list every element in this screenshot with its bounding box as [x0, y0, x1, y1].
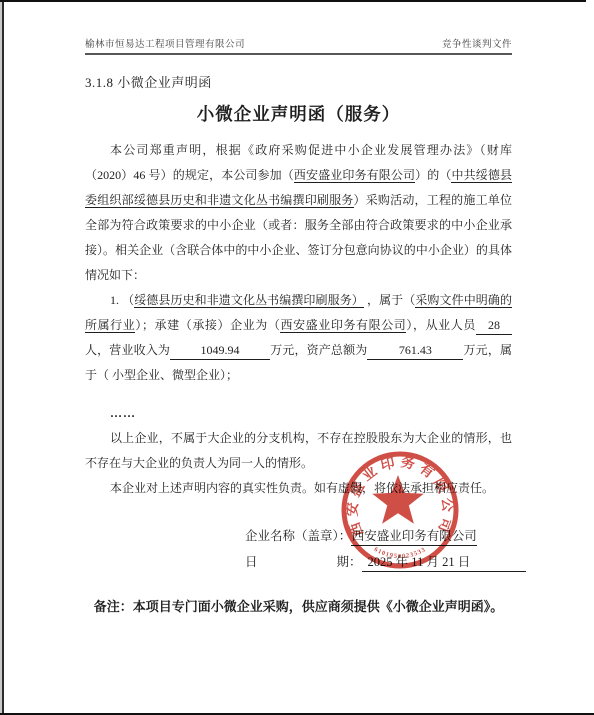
body-paragraphs: 本公司郑重声明，根据《政府采购促进中小企业发展管理办法》（财库（2020）46 … — [85, 138, 512, 501]
underlined-text: 西安盛业印务有限公司 — [280, 318, 406, 333]
header-rule — [85, 53, 512, 55]
paragraph-no-branch: 以上企业，不属于大企业的分支机构，不存在控股股东为大企业的情形，也不存在与大企业… — [85, 426, 512, 476]
paragraph-text: 万元，资产总额为 — [270, 343, 367, 357]
paragraph-text: ）；承建（承接）企业为（ — [135, 318, 280, 332]
date-value: 2025 年 11 月 21 日 — [362, 554, 526, 572]
paragraph-responsibility: 本企业对上述声明内容的真实性负责。如有虚假，将依法承担相应责任。 — [85, 476, 512, 501]
scan-edge-left-dark — [2, 0, 4, 715]
company-name-value: 西安盛业印务有限公司 — [351, 528, 477, 546]
company-seal-label: 企业名称（盖章）： — [245, 529, 351, 543]
paragraph-text: ），从业人员 — [406, 318, 476, 332]
scan-edge-top — [0, 0, 586, 2]
section-heading: 3.1.8 小微企业声明函 — [85, 72, 512, 91]
filled-blank-field: 28 — [476, 317, 512, 335]
date-label-left: 日 — [245, 555, 258, 569]
filled-blank-field: 1049.94 — [170, 342, 270, 360]
signature-block: 企业名称（盖章）：西安盛业印务有限公司 日期：2025 年 11 月 21 日 — [245, 523, 512, 575]
note-line: 备注：本项目专门面小微企业采购，供应商须提供《小微企业声明函》。 — [85, 596, 512, 615]
paragraph-text: 人，营业收入为 — [85, 343, 170, 357]
underlined-text: 西安盛业印务有限公司 — [294, 168, 415, 183]
paragraph-text: 本企业对上述声明内容的真实性负责。如有虚假，将依法承担相应责任。 — [110, 481, 494, 495]
paragraph-text: 1. （ — [110, 293, 134, 307]
header-company: 榆林市恒易达工程项目管理有限公司 — [85, 36, 245, 50]
underlined-text: 绥德县历史和非遗文化丛书编撰印刷服务） — [134, 293, 364, 308]
paragraph-text: 以上企业，不属于大企业的分支机构，不存在控股股东为大企业的情形，也不存在与大企业… — [85, 431, 512, 470]
signature-company-row: 企业名称（盖章）：西安盛业印务有限公司 — [245, 523, 512, 549]
paragraph-item-1: 1. （绥德县历史和非遗文化丛书编撰印刷服务） ，属于（采购文件中明确的所属行业… — [85, 288, 512, 388]
paragraph-text: …… — [110, 406, 136, 420]
filled-blank-field: 761.43 — [367, 342, 463, 360]
paragraph-text: ，属于（ — [364, 293, 415, 307]
signature-date-row: 日期：2025 年 11 月 21 日 — [245, 549, 512, 575]
document-page: 榆林市恒易达工程项目管理有限公司 竞争性谈判文件 3.1.8 小微企业声明函 小… — [0, 0, 594, 715]
page-header: 榆林市恒易达工程项目管理有限公司 竞争性谈判文件 — [85, 36, 512, 50]
date-label-right: 期： — [337, 555, 362, 569]
page-content: 榆林市恒易达工程项目管理有限公司 竞争性谈判文件 3.1.8 小微企业声明函 小… — [85, 36, 512, 615]
document-title: 小微企业声明函（服务） — [85, 101, 512, 126]
header-doc-type: 竞争性谈判文件 — [442, 36, 512, 50]
paragraph-ellipsis: …… — [85, 401, 512, 426]
paragraph-text: ）的（ — [415, 168, 451, 182]
paragraph-declaration: 本公司郑重声明，根据《政府采购促进中小企业发展管理办法》（财库（2020）46 … — [85, 138, 512, 288]
